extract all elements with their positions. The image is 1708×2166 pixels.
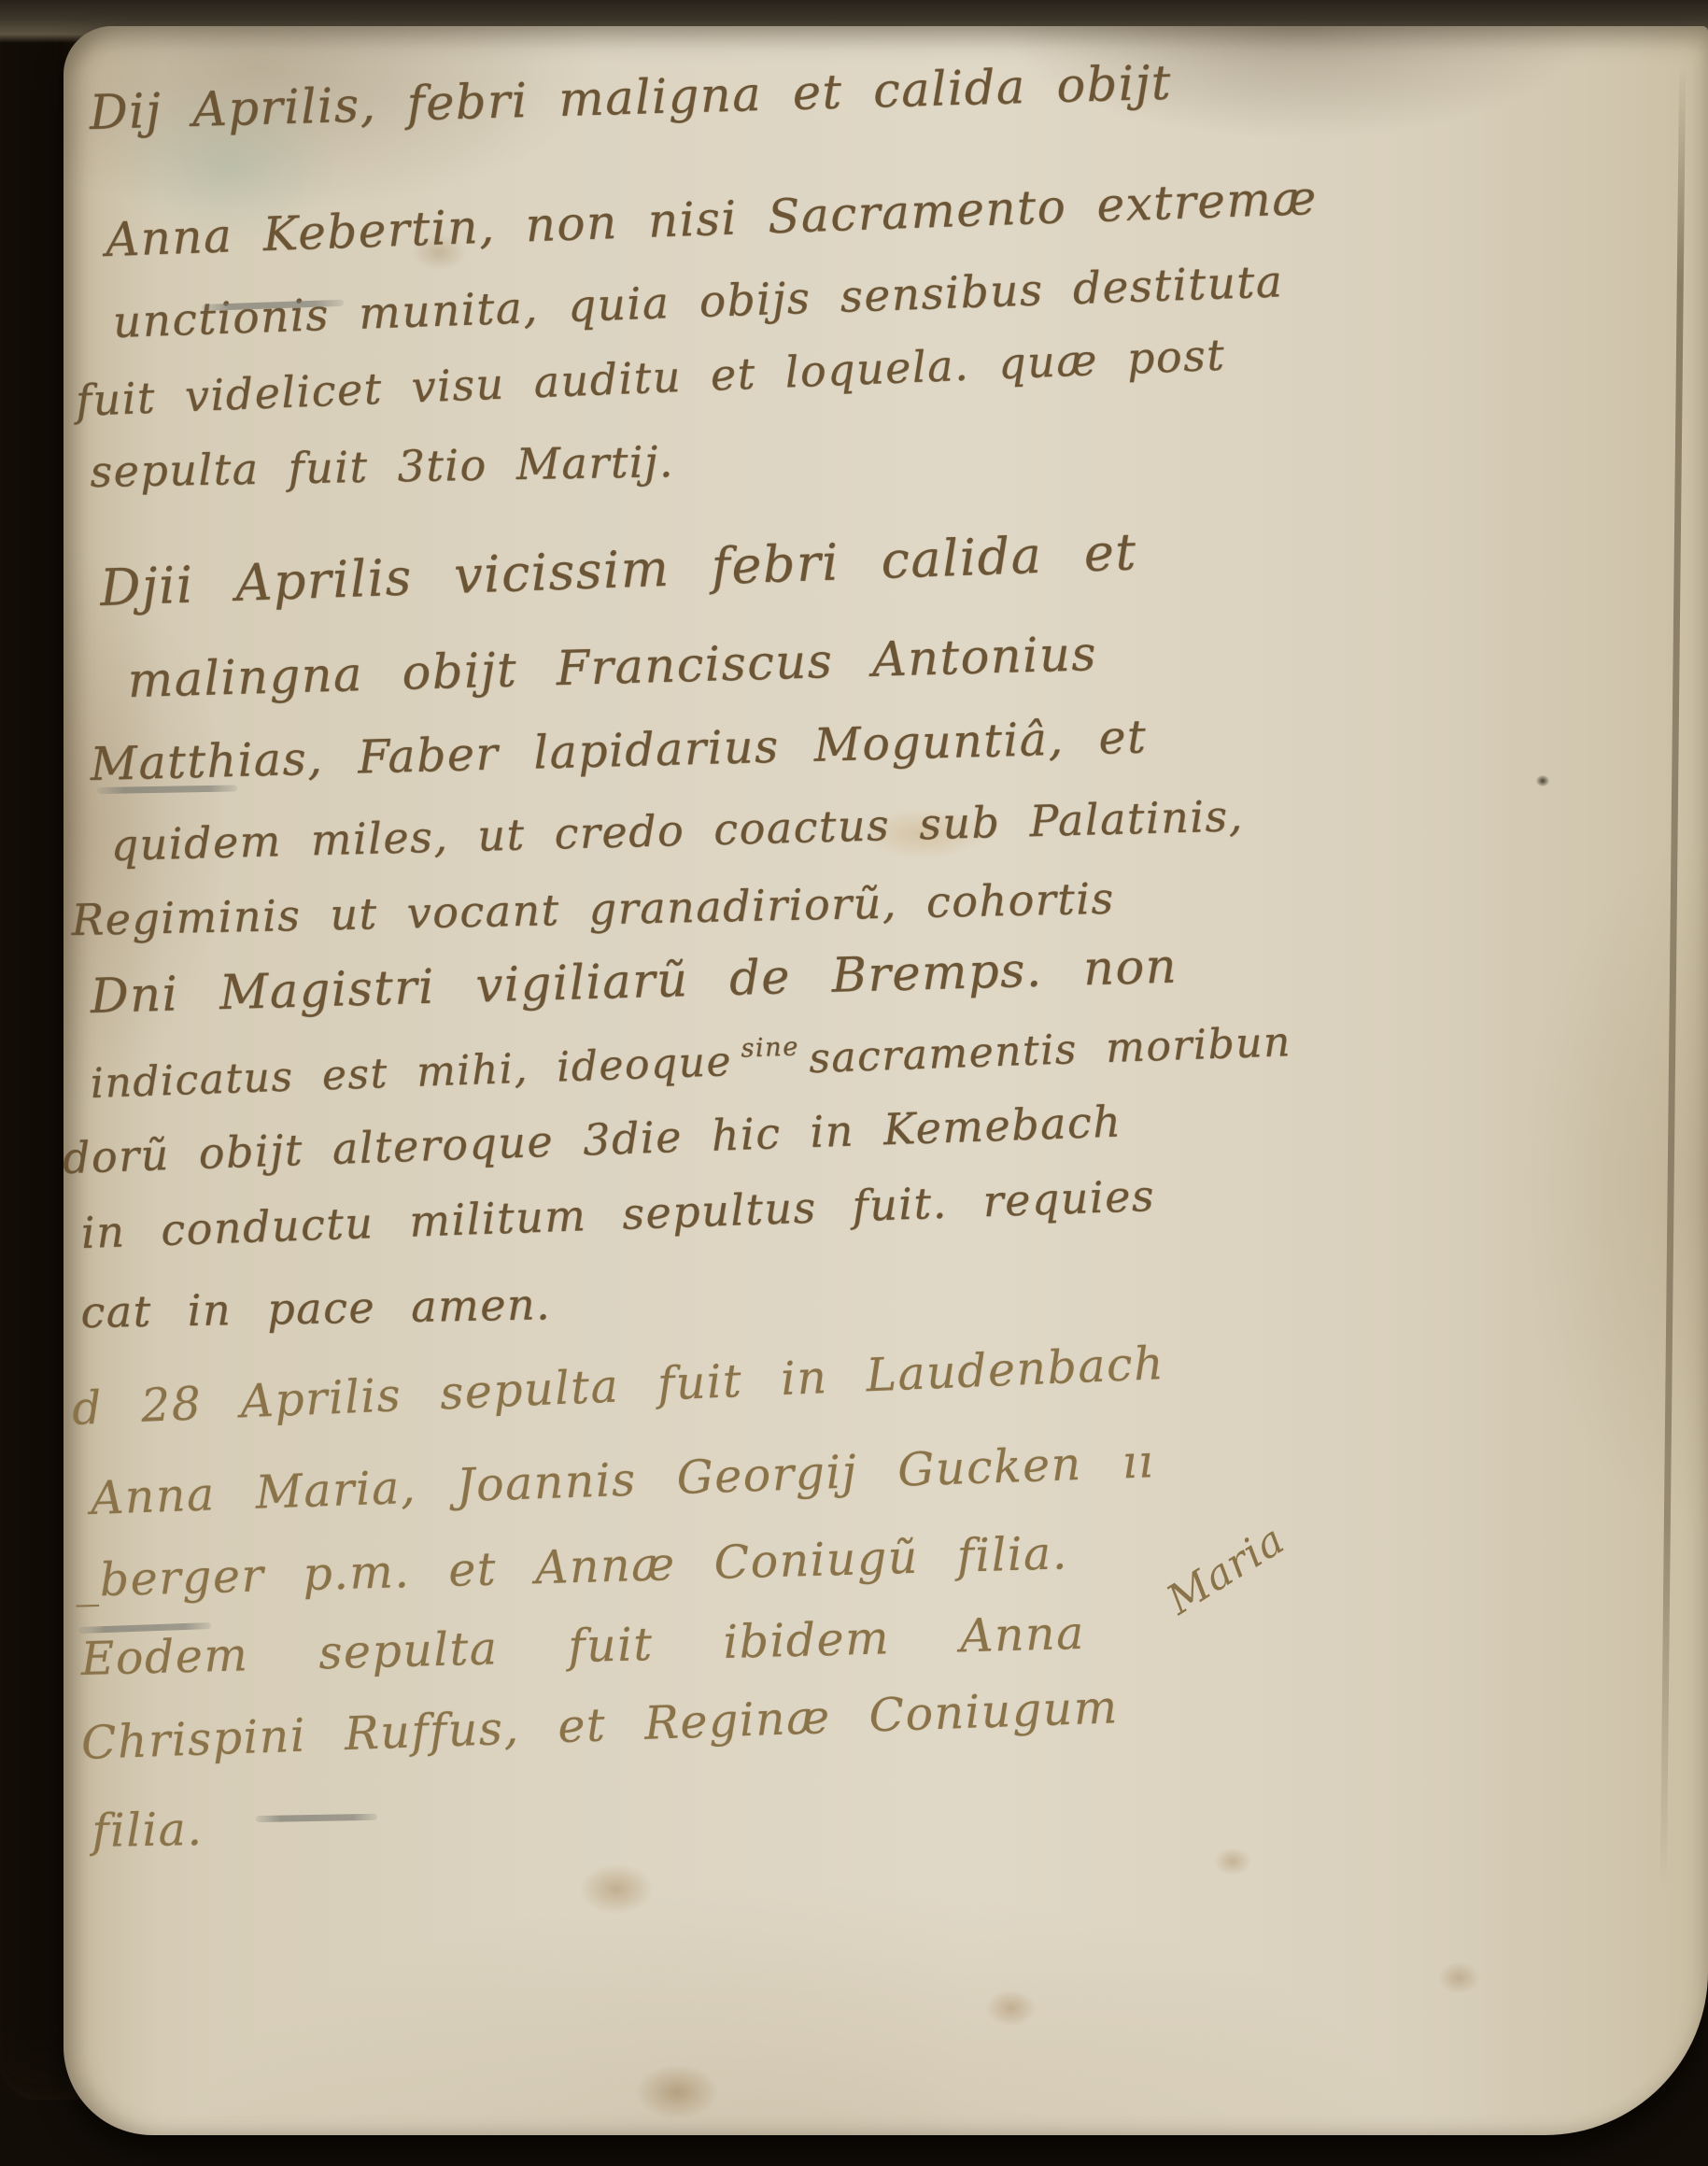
- entry-1-line-1: Dij Aprilis, febri maligna et calida obi…: [89, 56, 1173, 141]
- entry-2-line-8: dorũ obijt alteroque 3die hic in Kemebac…: [62, 1096, 1122, 1183]
- pencil-underline-ruffus: [256, 1814, 377, 1822]
- entry-1-line-2: Anna Kebertin, non nisi Sacramento extre…: [105, 171, 1319, 267]
- entry-3-line-6: filia.: [92, 1803, 204, 1858]
- entry-3-line-1: d 28 Aprilis sepulta fuit in Laudenbach: [71, 1337, 1165, 1436]
- entry-2-line-6: Dni Magistri vigiliarũ de Bremps. non: [90, 939, 1179, 1024]
- pencil-underline-matthias: [97, 785, 237, 794]
- entry-1-line-5: sepulta fuit 3tio Martij.: [90, 436, 674, 497]
- entry-3-margin-word: Maria: [1159, 1516, 1293, 1624]
- entry-1-line-4: fuit videlicet visu auditu et loquela. q…: [75, 330, 1226, 426]
- entry-2-line-10: cat in pace amen.: [80, 1279, 552, 1338]
- entry-2-line-9: in conductu militum sepultus fuit. requi…: [80, 1170, 1156, 1258]
- entry-2-line-7-before: indicatus est mihi, ideoque: [90, 1038, 733, 1108]
- entry-3-line-3: _berger p.m. et Annæ Coniugũ filia.: [75, 1526, 1069, 1607]
- entry-2-line-2: malingna obijt Franciscus Antonius: [127, 627, 1098, 709]
- manuscript-text: Dij Aprilis, febri maligna et calida obi…: [0, 0, 1708, 2166]
- entry-2-line-3: Matthias, Faber lapidarius Moguntiâ, et: [90, 710, 1148, 791]
- entry-3-line-2: Anna Maria, Joannis Georgij Gucken ıı: [90, 1435, 1155, 1525]
- entry-3-line-5: Chrispini Ruffus, et Reginæ Coniugum: [80, 1680, 1120, 1770]
- scanned-book-photo: { "document": { "kind": "handwritten par…: [0, 0, 1708, 2166]
- entry-2-superscript-insert: sine: [741, 1032, 799, 1063]
- entry-2-line-4: quidem miles, ut credo coactus sub Palat…: [110, 790, 1244, 871]
- entry-2-line-7-after: sacramentis moribun: [808, 1018, 1292, 1083]
- entry-3-line-4: Eodem sepulta fuit ibidem Anna: [80, 1607, 1085, 1686]
- entry-2-line-5: Regiminis ut vocant granadiriorũ, cohort…: [71, 873, 1115, 945]
- entry-2-line-7: indicatus est mihi, ideoquesinesacrament…: [90, 1018, 1292, 1108]
- entry-2-line-1: Djii Aprilis vicissim febri calida et: [99, 522, 1138, 617]
